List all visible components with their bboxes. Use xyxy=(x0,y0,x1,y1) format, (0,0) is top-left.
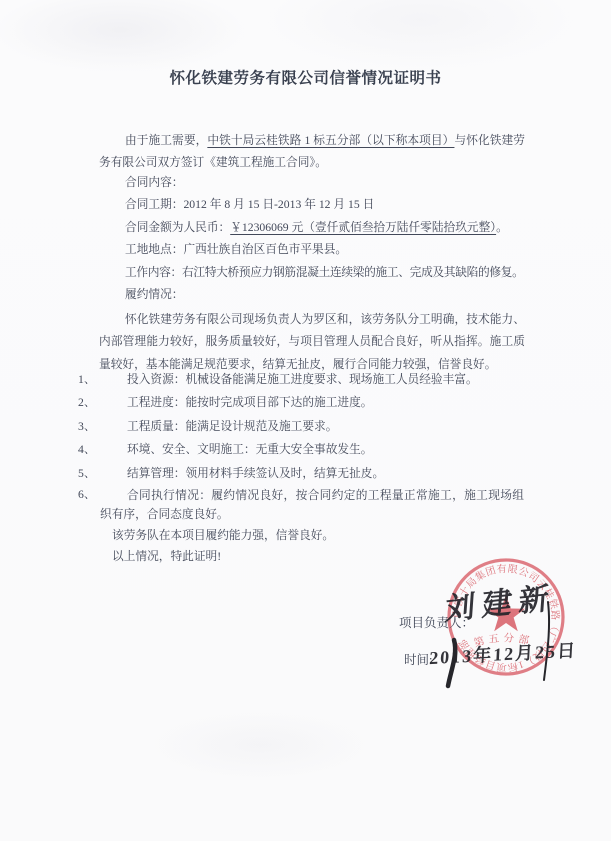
contract-amount-line: 合同金额为人民币：￥12306069 元（壹仟贰佰叁拾万陆仟零陆拾玖元整）。 xyxy=(125,219,508,235)
document-title: 怀化铁建劳务有限公司信誉情况证明书 xyxy=(0,66,611,88)
scanned-certificate-page: 怀化铁建劳务有限公司信誉情况证明书 由于施工需要，中铁十局云桂铁路 1 标五分部… xyxy=(0,0,611,841)
performance-section-label: 履约情况： xyxy=(125,286,183,302)
list-item-4-number: 4、 xyxy=(78,441,96,457)
list-item-1-number: 1、 xyxy=(78,371,96,387)
intro-pre: 由于施工需要， xyxy=(125,134,207,147)
list-item-6-text: 合同执行情况：履约情况良好，按合同约定的工程量正常施工，施工现场组织有序，合同态… xyxy=(100,486,524,524)
intro-paragraph: 由于施工需要，中铁十局云桂铁路 1 标五分部（以下称本项目）与怀化铁建劳务有限公… xyxy=(99,130,525,175)
list-item-6-number: 6、 xyxy=(78,486,96,502)
contract-period-line: 合同工期：2012 年 8 月 15 日-2013 年 12 月 15 日 xyxy=(125,196,374,212)
conclusion-line: 该劳务队在本项目履约能力强，信誉良好。 xyxy=(112,527,334,543)
list-item-5-text: 结算管理：领用材料手续签认及时，结算无扯皮。 xyxy=(127,465,384,481)
contract-content-label: 合同内容： xyxy=(125,174,183,190)
closing-line: 以上情况，特此证明! xyxy=(112,548,221,564)
list-item-1-text: 投入资源：机械设备能满足施工进度要求、现场施工人员经验丰富。 xyxy=(127,371,478,387)
contract-amount-value: ￥12306069 元（壹仟贰佰叁拾万陆仟零陆拾玖元整） xyxy=(230,221,496,234)
list-item-5-number: 5、 xyxy=(78,465,96,481)
list-item-3-text: 工程质量：能满足设计规范及施工要求。 xyxy=(127,418,337,434)
performance-summary: 怀化铁建劳务有限公司现场负责人为罗区和，该劳务队分工明确，技术能力、内部管理能力… xyxy=(99,309,525,376)
list-item-2-number: 2、 xyxy=(78,394,96,410)
pen-stroke-vertical xyxy=(544,602,549,680)
pen-stroke-descender xyxy=(448,640,455,686)
intro-underlined-project: 中铁十局云桂铁路 1 标五分部（以下称本项目） xyxy=(207,134,454,147)
contract-amount-label: 合同金额为人民币： xyxy=(125,221,230,234)
site-location-line: 工地地点：广西壮族自治区百色市平果县。 xyxy=(125,241,347,257)
list-item-4-text: 环境、安全、文明施工：无重大安全事故发生。 xyxy=(127,441,372,457)
contract-amount-post: 。 xyxy=(496,221,508,234)
list-item-3-number: 3、 xyxy=(78,418,96,434)
pen-strokes xyxy=(420,560,611,710)
list-item-2-text: 工程进度：能按时完成项目部下达的施工进度。 xyxy=(127,394,372,410)
work-content-line: 工作内容：右江特大桥预应力钢筋混凝土连续梁的施工、完成及其缺陷的修复。 xyxy=(125,264,524,280)
